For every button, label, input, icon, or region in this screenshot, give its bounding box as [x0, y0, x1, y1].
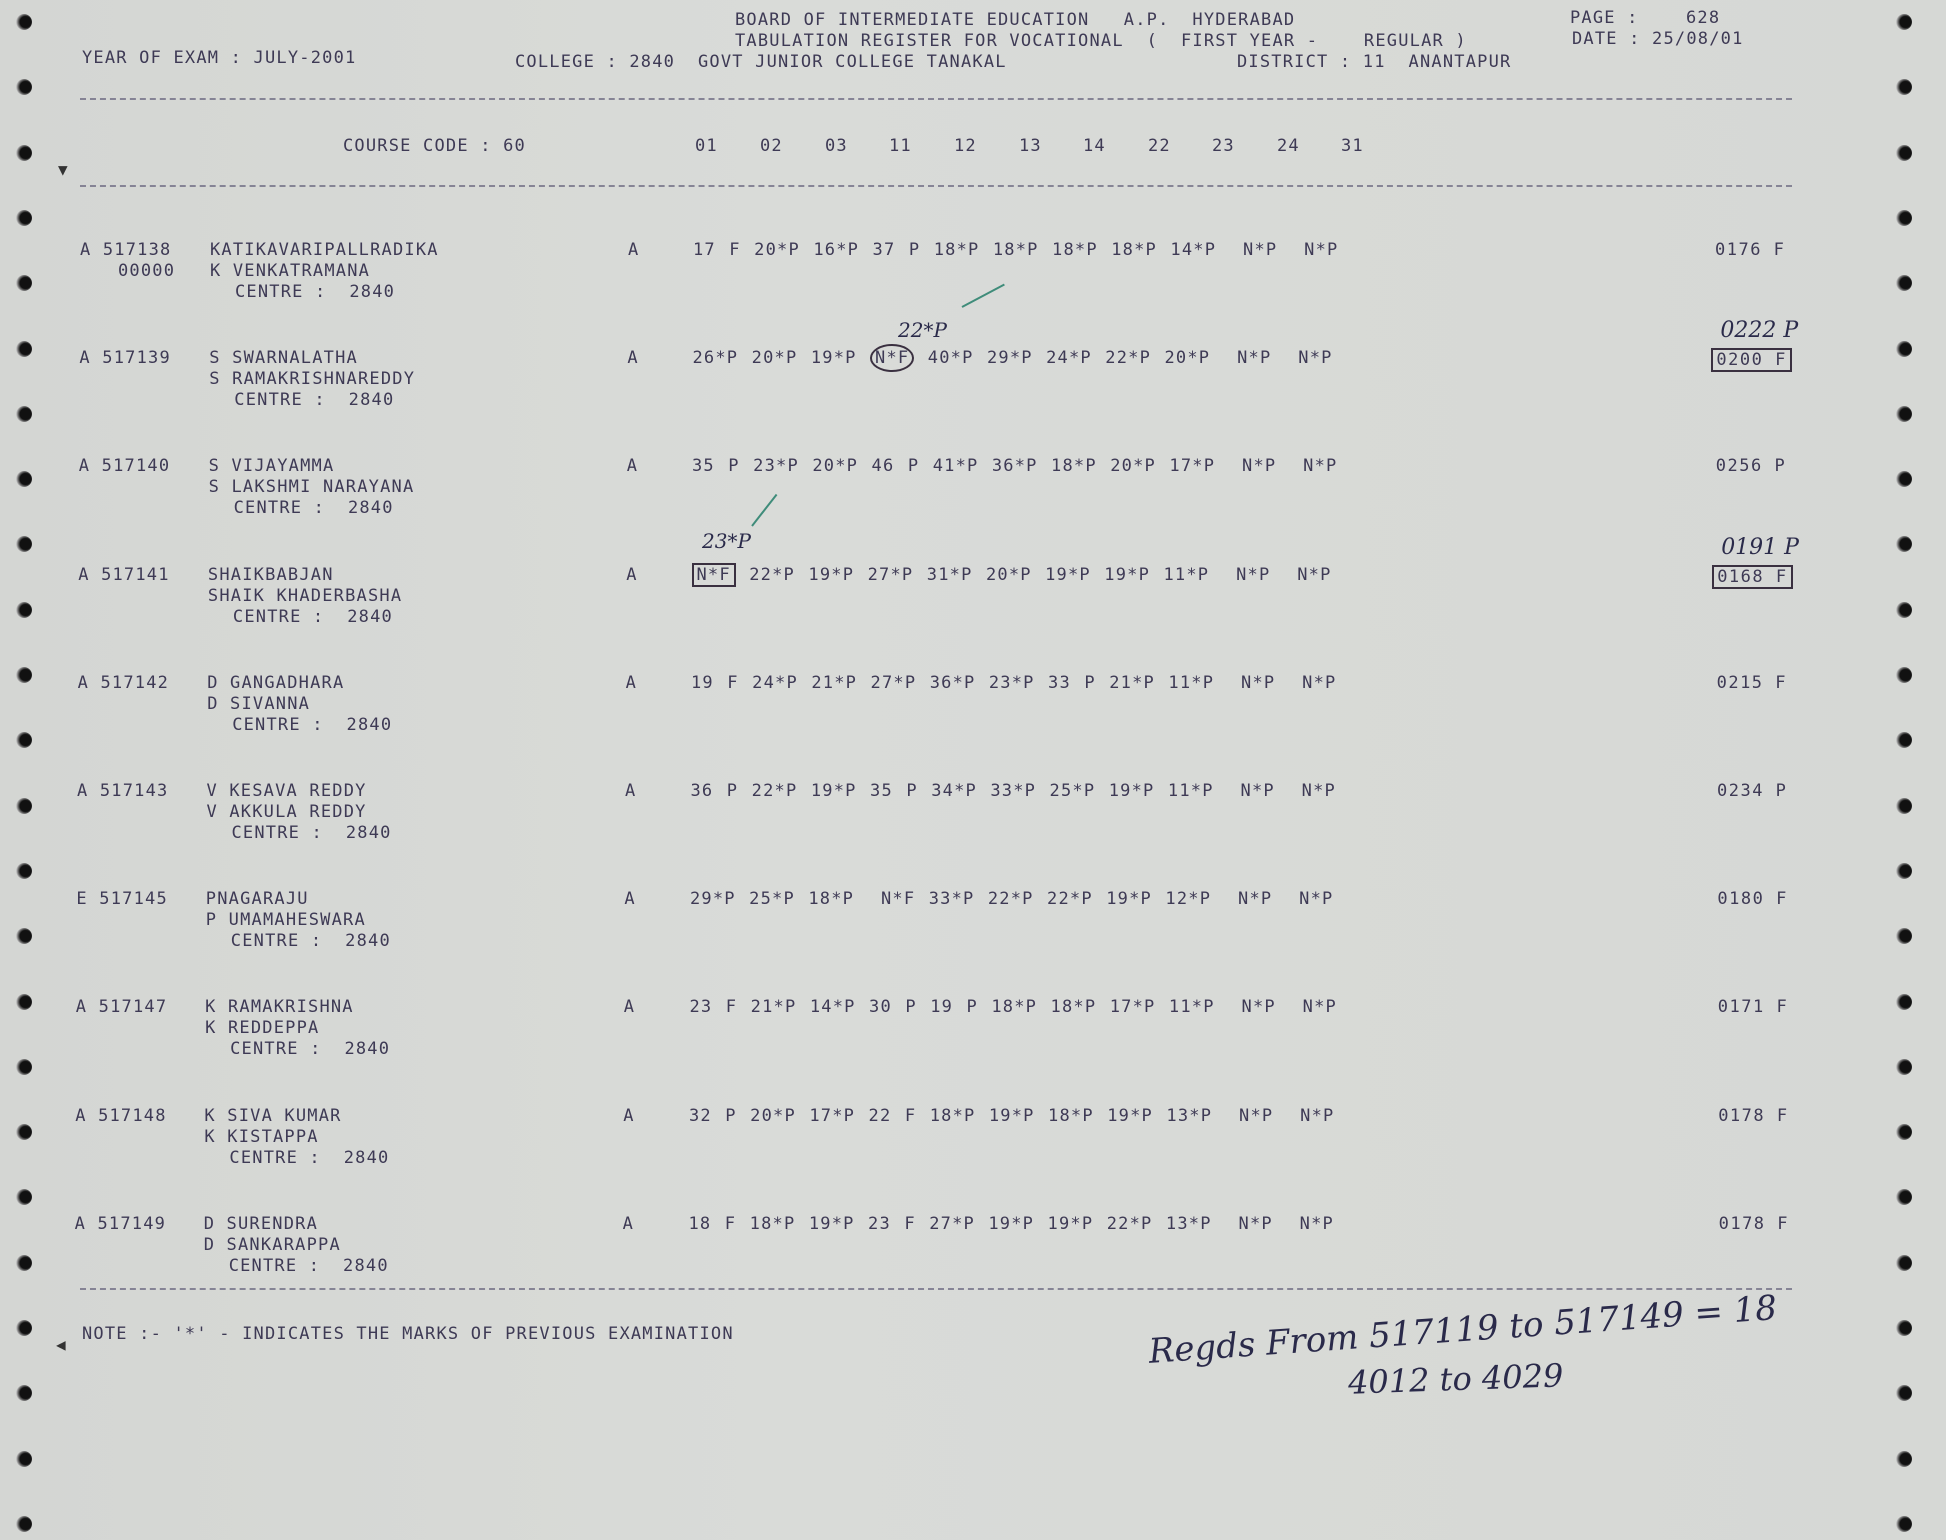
subject-marks: 35 P 23*P 20*P 46 P 41*P 36*P 18*P 20*P … [692, 456, 1337, 476]
candidate-category-and-reg-no: A 517139 [79, 348, 170, 368]
feed-hole [16, 341, 32, 357]
father-name: P UMAMAHESWARA [206, 910, 366, 930]
course-code: COURSE CODE : 60 [343, 136, 526, 156]
candidate-category: A [79, 456, 90, 476]
subject-marks: 32 P 20*P 17*P 22 F 18*P 19*P 18*P 19*P … [689, 1106, 1334, 1126]
register-number: 517145 [99, 889, 168, 909]
father-name: D SIVANNA [207, 694, 310, 714]
feed-hole [16, 1124, 32, 1140]
medium-code: A [626, 673, 637, 693]
left-feed-holes [16, 0, 36, 1540]
punch-mark-icon: ◀ [56, 1335, 66, 1354]
feed-hole [16, 798, 32, 814]
total-and-result: 0178 F [1718, 1106, 1788, 1126]
register-number: 517138 [103, 240, 172, 260]
feed-hole [16, 1189, 32, 1205]
subject-marks: 26*P 20*P 19*P N*F 40*P 29*P 24*P 22*P 2… [693, 348, 1333, 368]
board-title: BOARD OF INTERMEDIATE EDUCATION A.P. HYD… [735, 10, 1295, 30]
candidate-category-and-reg-no: A 517143 [77, 781, 168, 801]
father-name: V AKKULA REDDY [207, 802, 367, 822]
subject-code-13: 13 [1019, 136, 1042, 156]
father-name: S LAKSHMI NARAYANA [209, 477, 415, 497]
feed-hole [1896, 1189, 1912, 1205]
subject-marks: N*F 22*P 19*P 27*P 31*P 20*P 19*P 19*P 1… [692, 565, 1332, 585]
feed-hole [16, 406, 32, 422]
register-number: 517140 [102, 456, 171, 476]
page-label: PAGE : [1570, 8, 1639, 28]
corrected-mark-highlight: N*F [692, 563, 736, 587]
feed-hole [1896, 1059, 1912, 1075]
medium-code: A [627, 348, 638, 368]
medium-code: A [627, 456, 638, 476]
register-title: TABULATION REGISTER FOR VOCATIONAL ( FIR… [735, 31, 1467, 51]
medium-code: A [628, 240, 639, 260]
page-number: 628 [1686, 8, 1720, 28]
candidate-name: KATIKAVARIPALLRADIKA [210, 240, 439, 260]
feed-hole [16, 994, 32, 1010]
candidate-category-and-reg-no: A 517141 [78, 565, 169, 585]
register-number: 517148 [98, 1106, 167, 1126]
feed-hole [1896, 275, 1912, 291]
subject-code-31: 31 [1341, 136, 1364, 156]
handwritten-corrected-total: 0222 P [1720, 318, 1798, 343]
candidate-category: A [80, 240, 91, 260]
feed-hole [16, 602, 32, 618]
secondary-id: 00000 [118, 261, 175, 281]
feed-hole [16, 1385, 32, 1401]
candidate-category: A [76, 997, 87, 1017]
feed-hole [1896, 798, 1912, 814]
candidate-name: D GANGADHARA [207, 673, 344, 693]
feed-hole [16, 667, 32, 683]
exam-centre: CENTRE : 2840 [233, 607, 393, 627]
register-number: 517142 [100, 673, 169, 693]
feed-hole [1896, 341, 1912, 357]
exam-centre: CENTRE : 2840 [229, 1256, 389, 1276]
medium-code: A [624, 997, 635, 1017]
subject-marks: 23 F 21*P 14*P 30 P 19 P 18*P 18*P 17*P … [690, 997, 1337, 1017]
subject-marks: 18 F 18*P 19*P 23 F 27*P 19*P 19*P 22*P … [689, 1214, 1334, 1234]
divider [80, 1288, 1792, 1290]
father-name: K KISTAPPA [204, 1127, 318, 1147]
district-info: DISTRICT : 11 ANANTAPUR [1237, 52, 1511, 72]
punch-mark-icon: ▼ [58, 160, 68, 179]
candidate-category: A [78, 673, 89, 693]
feed-hole [1896, 928, 1912, 944]
register-number: 517143 [100, 781, 169, 801]
feed-hole [16, 210, 32, 226]
candidate-name: PNAGARAJU [206, 889, 309, 909]
corrected-mark-highlight: N*F [870, 344, 914, 372]
candidate-name: K SIVA KUMAR [204, 1106, 341, 1126]
college-info: COLLEGE : 2840 GOVT JUNIOR COLLEGE TANAK… [515, 52, 1007, 72]
total-and-result: 0168 F [1712, 565, 1792, 589]
register-number: 517149 [97, 1214, 166, 1234]
tabulation-register-page: YEAR OF EXAM : JULY-2001 BOARD OF INTERM… [0, 0, 1946, 1540]
subject-code-14: 14 [1083, 136, 1106, 156]
total-and-result: 0256 P [1716, 456, 1786, 476]
feed-hole [1896, 732, 1912, 748]
feed-hole [1896, 1516, 1912, 1532]
handwritten-sno-range: 4012 to 4029 [1347, 1356, 1564, 1401]
feed-hole [16, 275, 32, 291]
feed-hole [1896, 602, 1912, 618]
exam-centre: CENTRE : 2840 [232, 823, 392, 843]
green-tick-mark [962, 284, 1005, 308]
candidate-name: V KESAVA REDDY [207, 781, 367, 801]
feed-hole [1896, 863, 1912, 879]
feed-hole [16, 536, 32, 552]
feed-hole [1896, 536, 1912, 552]
subject-code-01: 01 [695, 136, 718, 156]
subject-code-02: 02 [760, 136, 783, 156]
divider [80, 185, 1792, 187]
candidate-category-and-reg-no: A 517142 [78, 673, 169, 693]
register-number: 517147 [99, 997, 168, 1017]
feed-hole [1896, 1320, 1912, 1336]
subject-marks: 19 F 24*P 21*P 27*P 36*P 23*P 33 P 21*P … [691, 673, 1336, 693]
exam-centre: CENTRE : 2840 [234, 390, 394, 410]
footnote: NOTE :- '*' - INDICATES THE MARKS OF PRE… [82, 1324, 734, 1344]
register-number: 517139 [102, 348, 171, 368]
feed-hole [1896, 145, 1912, 161]
exam-centre: CENTRE : 2840 [234, 498, 394, 518]
exam-centre: CENTRE : 2840 [231, 931, 391, 951]
total-and-result: 0178 F [1719, 1214, 1789, 1234]
feed-hole [16, 928, 32, 944]
subject-marks: 17 F 20*P 16*P 37 P 18*P 18*P 18*P 18*P … [693, 240, 1338, 260]
green-tick-mark [751, 493, 777, 526]
candidate-category-and-reg-no: A 517147 [76, 997, 167, 1017]
subject-code-03: 03 [825, 136, 848, 156]
feed-hole [1896, 1451, 1912, 1467]
feed-hole [16, 863, 32, 879]
feed-hole [1896, 471, 1912, 487]
feed-hole [1896, 1255, 1912, 1271]
candidate-category: A [77, 781, 88, 801]
total-and-result: 0176 F [1715, 240, 1785, 260]
feed-hole [1896, 406, 1912, 422]
feed-hole [1896, 1124, 1912, 1140]
father-name: K VENKATRAMANA [210, 261, 370, 281]
total-and-result: 0234 P [1717, 781, 1787, 801]
candidate-category: E [76, 889, 87, 909]
candidate-name: SHAIKBABJAN [208, 565, 334, 585]
feed-hole [1896, 79, 1912, 95]
candidate-category-and-reg-no: A 517149 [75, 1214, 166, 1234]
medium-code: A [625, 781, 636, 801]
feed-hole [1896, 667, 1912, 683]
subject-code-12: 12 [954, 136, 977, 156]
candidate-name: S SWARNALATHA [209, 348, 358, 368]
medium-code: A [623, 1214, 634, 1234]
exam-centre: CENTRE : 2840 [235, 282, 395, 302]
medium-code: A [623, 1106, 634, 1126]
father-name: SHAIK KHADERBASHA [208, 586, 402, 606]
candidate-category-and-reg-no: E 517145 [76, 889, 167, 909]
candidate-category: A [78, 565, 89, 585]
feed-hole [1896, 14, 1912, 30]
feed-hole [1896, 994, 1912, 1010]
father-name: D SANKARAPPA [204, 1235, 341, 1255]
feed-hole [16, 1320, 32, 1336]
divider [80, 98, 1792, 100]
subject-code-23: 23 [1212, 136, 1235, 156]
total-and-result: 0180 F [1717, 889, 1787, 909]
feed-hole [16, 14, 32, 30]
total-and-result: 0171 F [1718, 997, 1788, 1017]
feed-hole [16, 732, 32, 748]
handwritten-corrected-total: 0191 P [1721, 535, 1799, 560]
candidate-category: A [75, 1214, 86, 1234]
father-name: K REDDEPPA [205, 1018, 319, 1038]
father-name: S RAMAKRISHNAREDDY [209, 369, 415, 389]
candidate-category-and-reg-no: A 517148 [75, 1106, 166, 1126]
feed-hole [1896, 210, 1912, 226]
feed-hole [1896, 1385, 1912, 1401]
total-and-result: 0200 F [1711, 348, 1791, 372]
medium-code: A [624, 889, 635, 909]
candidate-name: S VIJAYAMMA [209, 456, 335, 476]
exam-centre: CENTRE : 2840 [232, 715, 392, 735]
feed-hole [16, 1059, 32, 1075]
exam-centre: CENTRE : 2840 [229, 1148, 389, 1168]
total-and-result: 0215 F [1717, 673, 1787, 693]
year-of-exam: YEAR OF EXAM : JULY-2001 [82, 48, 356, 68]
subject-marks: 36 P 22*P 19*P 35 P 34*P 33*P 25*P 19*P … [691, 781, 1336, 801]
right-feed-holes [1896, 0, 1916, 1540]
feed-hole [16, 1255, 32, 1271]
subject-code-24: 24 [1277, 136, 1300, 156]
candidate-name: K RAMAKRISHNA [205, 997, 354, 1017]
register-number: 517141 [101, 565, 170, 585]
print-date: DATE : 25/08/01 [1572, 29, 1744, 49]
candidate-category-and-reg-no: A 517140 [79, 456, 170, 476]
candidate-category-and-reg-no: A 517138 [80, 240, 171, 260]
subject-code-22: 22 [1148, 136, 1171, 156]
handwritten-corrected-mark: 22*P [898, 318, 947, 342]
subject-marks: 29*P 25*P 18*P N*F 33*P 22*P 22*P 19*P 1… [690, 889, 1333, 909]
handwritten-corrected-mark: 23*P [702, 529, 751, 553]
feed-hole [16, 1516, 32, 1532]
medium-code: A [626, 565, 637, 585]
subject-code-11: 11 [889, 136, 912, 156]
feed-hole [16, 145, 32, 161]
candidate-name: D SURENDRA [204, 1214, 318, 1234]
candidate-category: A [75, 1106, 86, 1126]
feed-hole [16, 79, 32, 95]
exam-centre: CENTRE : 2840 [230, 1039, 390, 1059]
candidate-category: A [79, 348, 90, 368]
feed-hole [16, 471, 32, 487]
feed-hole [16, 1451, 32, 1467]
